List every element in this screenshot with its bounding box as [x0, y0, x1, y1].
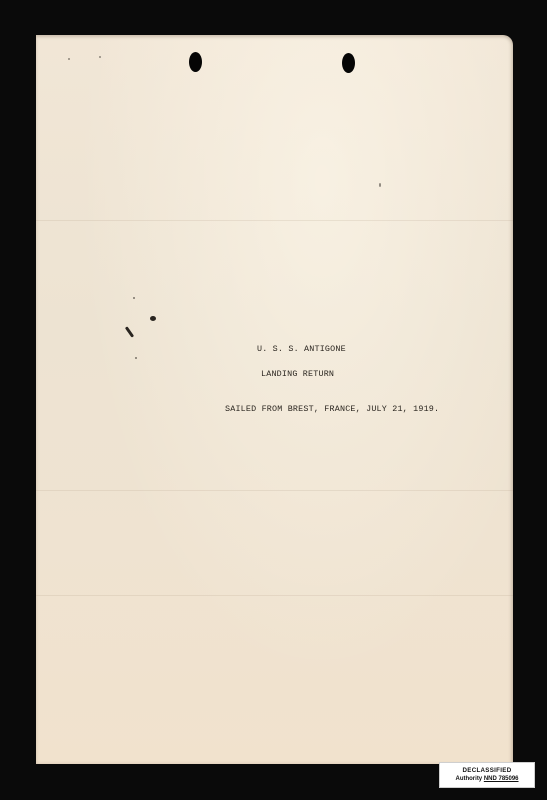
paper-fold-line: [36, 595, 513, 596]
ink-blot: [150, 316, 156, 321]
stamp-authority-label: Authority: [455, 776, 482, 782]
paper-speck: [99, 56, 101, 58]
paper-speck: [133, 297, 135, 299]
stamp-authority: Authority NND 785096: [440, 776, 534, 782]
paper-speck: [68, 58, 70, 60]
declassified-stamp: DECLASSIFIED Authority NND 785096: [439, 762, 535, 788]
ship-name-line: U. S. S. ANTIGONE: [257, 344, 346, 354]
punch-hole-left: [189, 52, 202, 72]
sailing-info-line: SAILED FROM BREST, FRANCE, JULY 21, 1919…: [225, 404, 439, 414]
ink-mark: [125, 326, 134, 338]
stamp-authority-number: NND 785096: [484, 776, 519, 782]
paper-fold-line: [36, 490, 513, 491]
document-page: U. S. S. ANTIGONE LANDING RETURN SAILED …: [36, 35, 513, 764]
paper-speck: [379, 183, 381, 187]
paper-fold-line: [36, 220, 513, 221]
document-type-line: LANDING RETURN: [261, 369, 334, 379]
stamp-title: DECLASSIFIED: [440, 767, 534, 774]
paper-speck: [135, 357, 137, 359]
punch-hole-right: [342, 53, 355, 73]
